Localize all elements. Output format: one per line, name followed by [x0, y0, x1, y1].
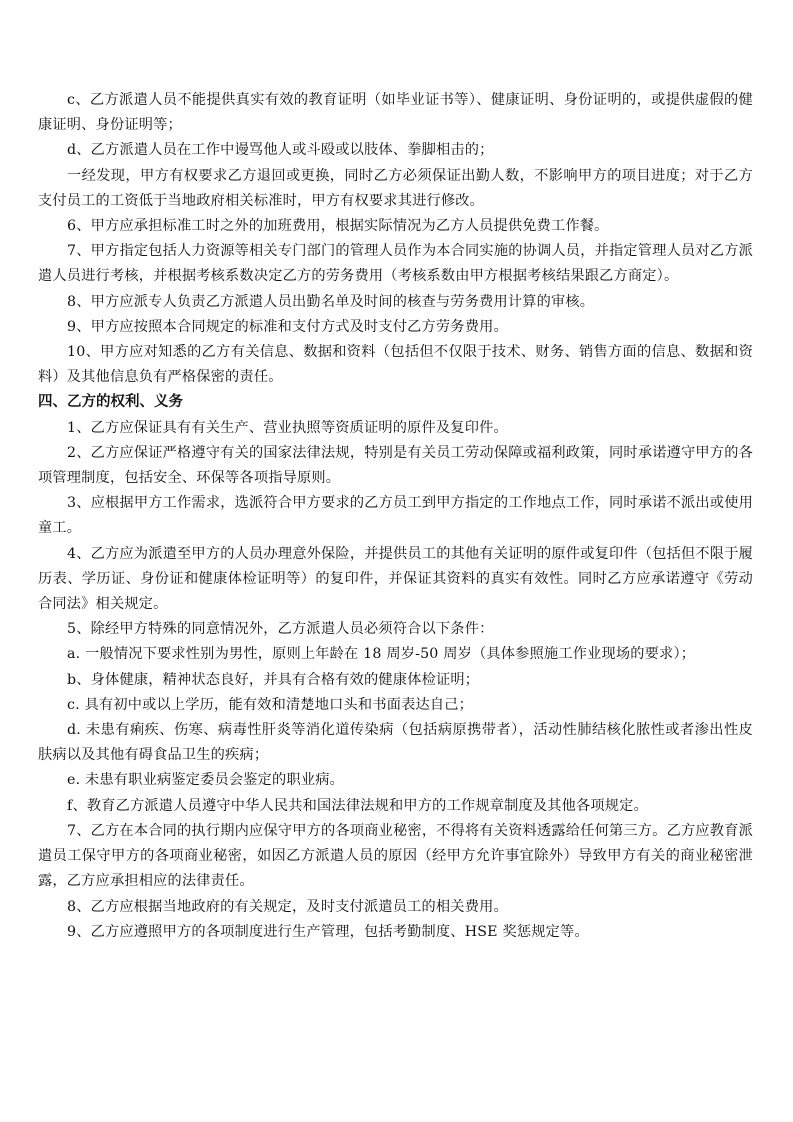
paragraph-3-dispatch: 3、应根据甲方工作需求，选派符合甲方要求的乙方员工到甲方指定的工作地点工作，同时…: [38, 491, 753, 541]
paragraph-8-fees: 8、乙方应根据当地政府的有关规定，及时支付派遣员工的相关费用。: [38, 895, 753, 920]
paragraph-4-insurance: 4、乙方应为派遣至甲方的人员办理意外保险，并提供员工的其他有关证明的原件或复印件…: [38, 542, 753, 618]
section-heading: 四、乙方的权利、义务: [38, 390, 753, 415]
paragraph-9-management: 9、乙方应遵照甲方的各项制度进行生产管理，包括考勤制度、HSE 奖惩规定等。: [38, 920, 753, 945]
paragraph-d-violence: d、乙方派遣人员在工作中谩骂他人或斗殴或以肢体、拳脚相击的；: [38, 138, 753, 163]
paragraph-c-certificates: c、乙方派遣人员不能提供真实有效的教育证明（如毕业证书等）、健康证明、身份证明的…: [38, 88, 753, 138]
condition-d: d. 未患有痢疾、伤寒、病毒性肝炎等消化道传染病（包括病原携带者），活动性肺结核…: [38, 718, 753, 768]
document-page: c、乙方派遣人员不能提供真实有效的教育证明（如毕业证书等）、健康证明、身份证明的…: [38, 88, 753, 945]
paragraph-7-secrets: 7、乙方在本合同的执行期内应保守甲方的各项商业秘密，不得将有关资料透露给任何第三…: [38, 819, 753, 895]
condition-e: e. 未患有职业病鉴定委员会鉴定的职业病。: [38, 768, 753, 793]
paragraph-9-payment: 9、甲方应按照本合同规定的标准和支付方式及时支付乙方劳务费用。: [38, 315, 753, 340]
condition-b: b、身体健康，精神状态良好，并具有合格有效的健康体检证明；: [38, 668, 753, 693]
paragraph-5-conditions: 5、除经甲方特殊的同意情况外，乙方派遣人员必须符合以下条件：: [38, 617, 753, 642]
paragraph-8-attendance: 8、甲方应派专人负责乙方派遣人员出勤名单及时间的核查与劳务费用计算的审核。: [38, 290, 753, 315]
condition-c: c. 具有初中或以上学历，能有效和清楚地口头和书面表达自己；: [38, 693, 753, 718]
condition-f: f、教育乙方派遣人员遵守中华人民共和国法律法规和甲方的工作规章制度及其他各项规定…: [38, 794, 753, 819]
paragraph-10-confidentiality: 10、甲方应对知悉的乙方有关信息、数据和资料（包括但不仅限于技术、财务、销售方面…: [38, 340, 753, 390]
paragraph-7-coordinators: 7、甲方指定包括人力资源等相关专门部门的管理人员作为本合同实施的协调人员，并指定…: [38, 239, 753, 289]
paragraph-discovery: 一经发现，甲方有权要求乙方退回或更换，同时乙方必须保证出勤人数，不影响甲方的项目…: [38, 164, 753, 214]
paragraph-2-laws: 2、乙方应保证严格遵守有关的国家法律法规，特别是有关员工劳动保障或福利政策，同时…: [38, 441, 753, 491]
condition-a: a. 一般情况下要求性别为男性，原则上年龄在 18 周岁-50 周岁（具体参照施…: [38, 642, 753, 667]
paragraph-1-license: 1、乙方应保证具有有关生产、营业执照等资质证明的原件及复印件。: [38, 416, 753, 441]
paragraph-6-overtime: 6、甲方应承担标准工时之外的加班费用，根据实际情况为乙方人员提供免费工作餐。: [38, 214, 753, 239]
